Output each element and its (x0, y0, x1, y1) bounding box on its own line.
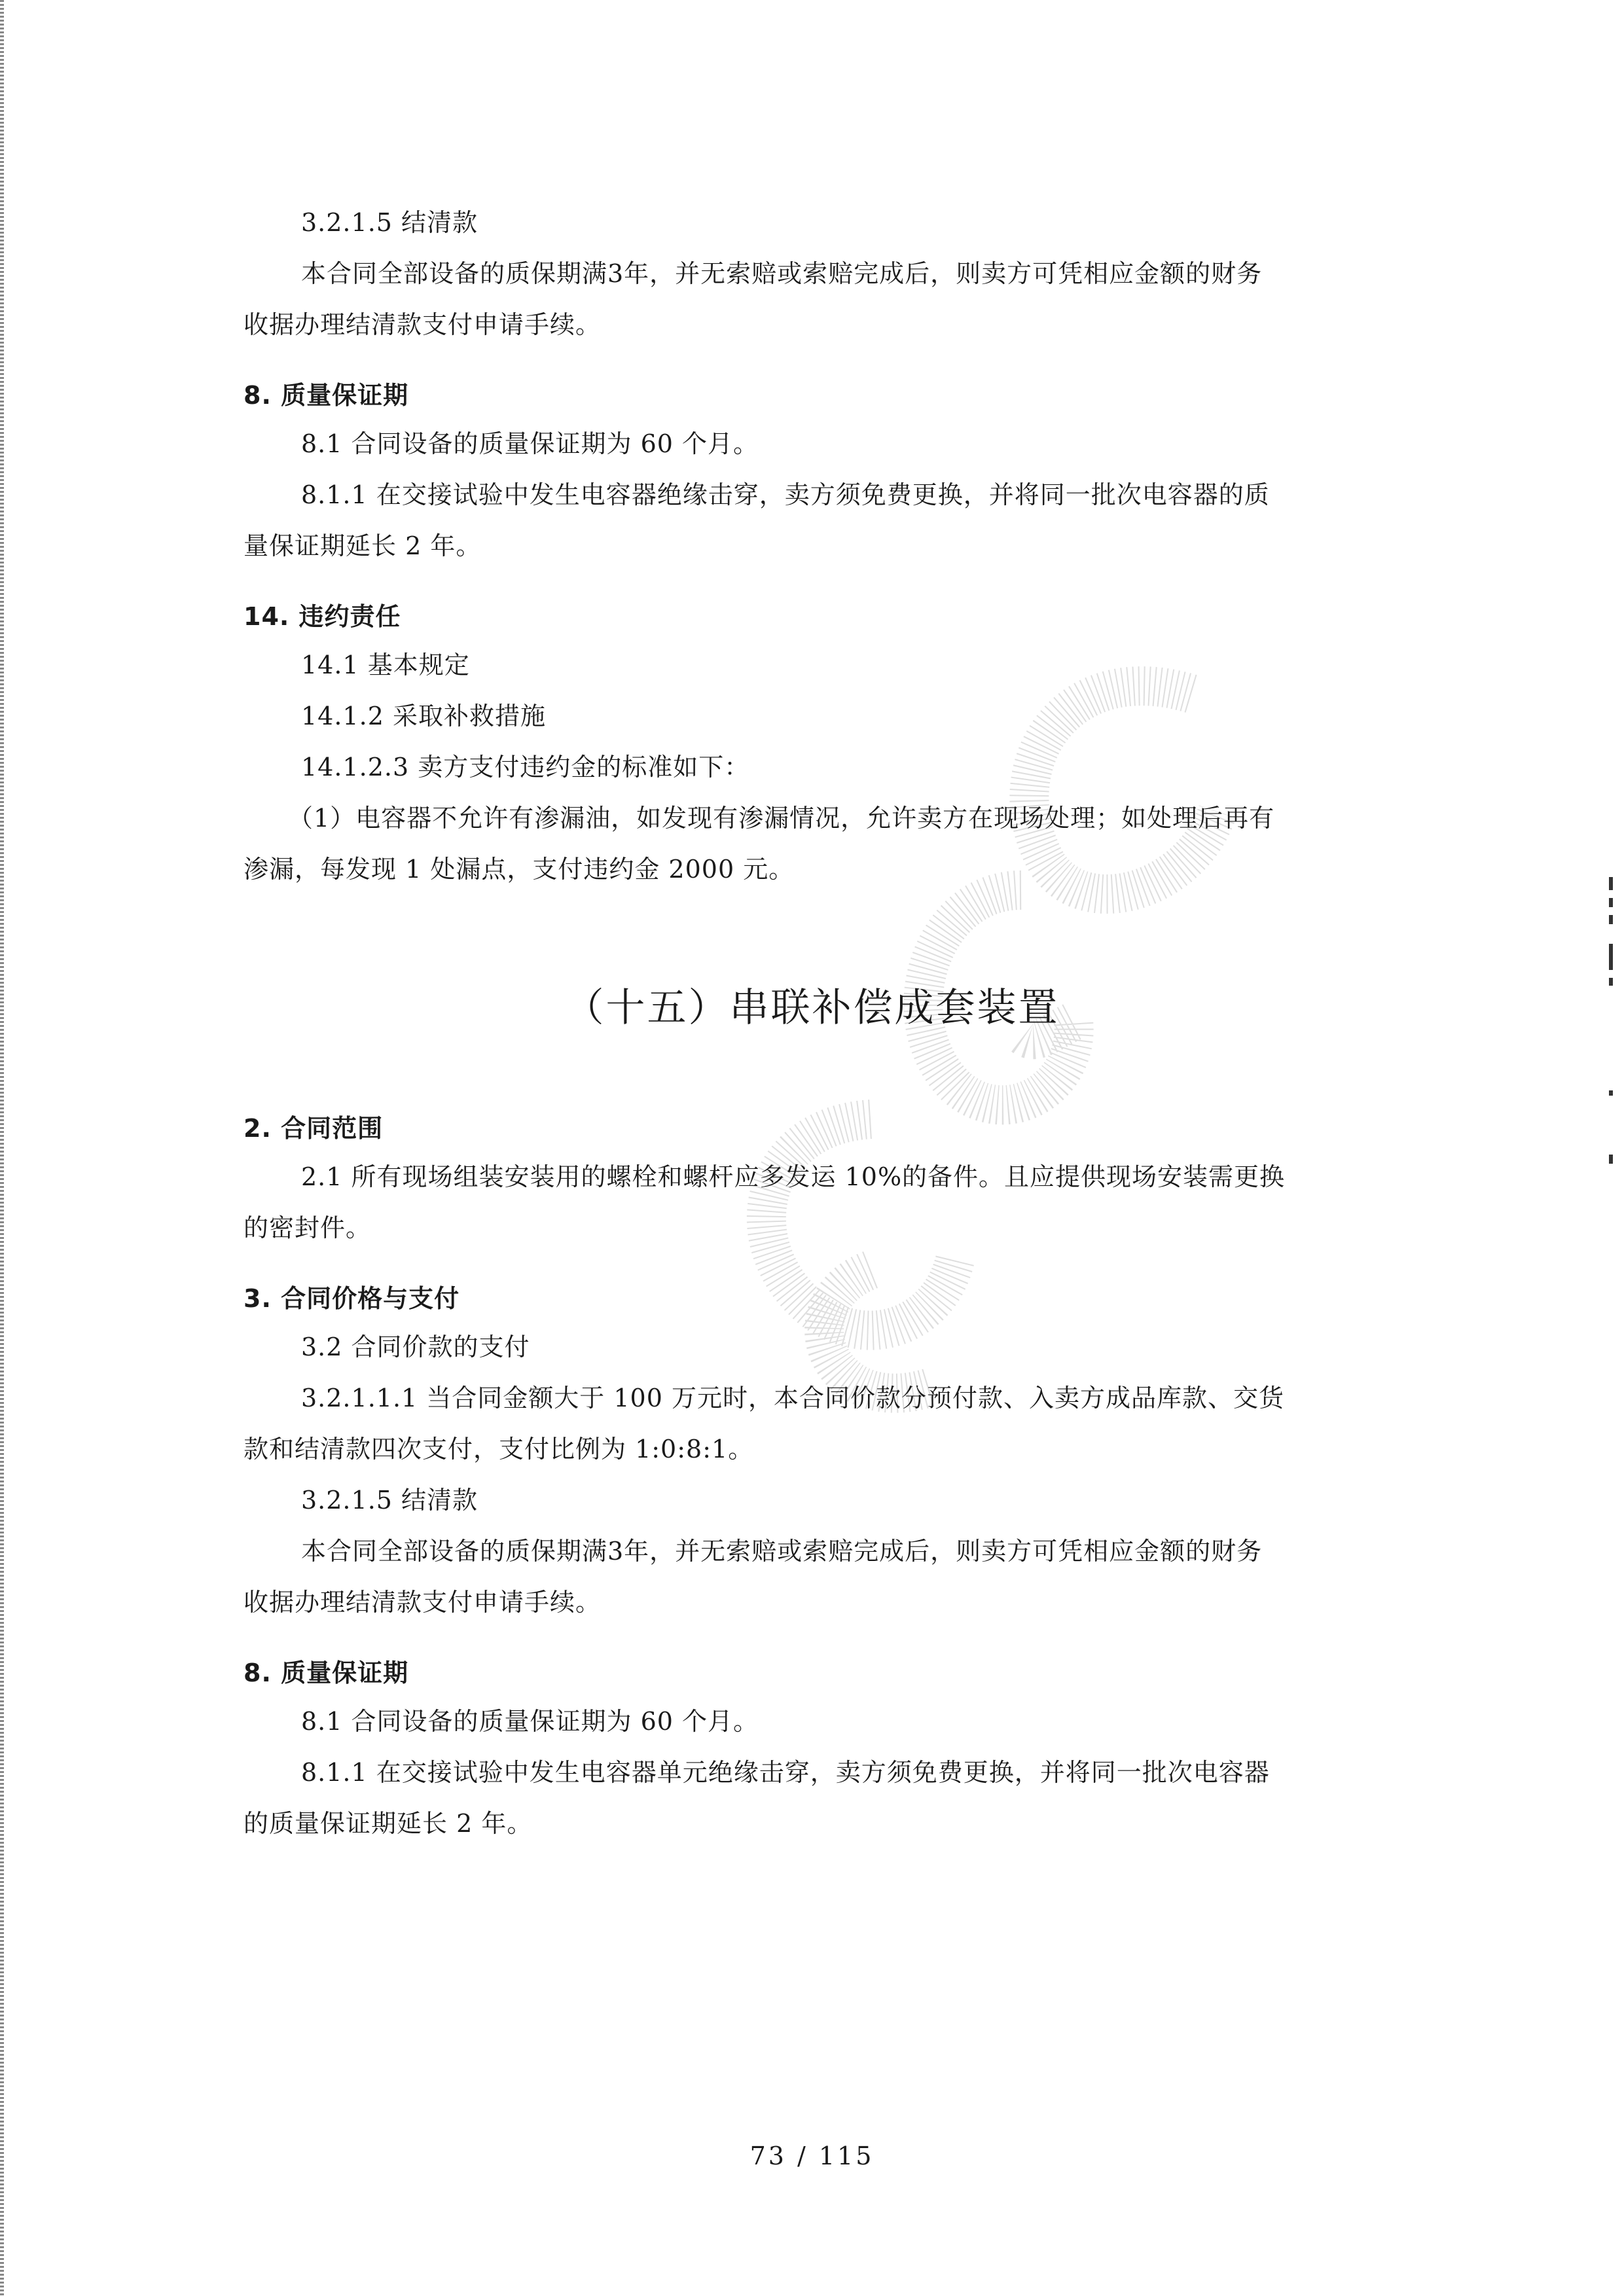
clause-2-1-line2: 的密封件。 (244, 1212, 371, 1244)
clause-8-1-1-b-line2: 的质量保证期延长 2 年。 (244, 1808, 532, 1839)
clause-3-2-1-5-heading: 3.2.1.5 结清款 (301, 207, 478, 238)
clause-14-1-2: 14.1.2 采取补救措施 (301, 700, 546, 732)
section-3-heading: 3. 合同价格与支付 (244, 1283, 460, 1314)
clause-8-1: 8.1 合同设备的质量保证期为 60 个月。 (301, 428, 759, 459)
settlement-paragraph-b-line1: 本合同全部设备的质保期满3年，并无索赔或索赔完成后，则卖方可凭相应金额的财务 (301, 1535, 1262, 1567)
section-14-heading: 14. 违约责任 (244, 601, 401, 632)
clause-3-2: 3.2 合同价款的支付 (301, 1331, 530, 1363)
section-2-heading: 2. 合同范围 (244, 1113, 383, 1144)
clause-8-1-b: 8.1 合同设备的质量保证期为 60 个月。 (301, 1706, 759, 1737)
settlement-paragraph-line2: 收据办理结清款支付申请手续。 (244, 309, 601, 340)
clause-3-2-1-1-1-line1: 3.2.1.1.1 当合同金额大于 100 万元时，本合同价款分预付款、入卖方成… (301, 1382, 1284, 1414)
penalty-item-1-line1: （1）电容器不允许有渗漏油，如发现有渗漏情况，允许卖方在现场处理；如处理后再有 (288, 802, 1274, 834)
clause-14-1: 14.1 基本规定 (301, 649, 470, 681)
clause-8-1-1-line2: 量保证期延长 2 年。 (244, 530, 481, 562)
section-8-heading: 8. 质量保证期 (244, 380, 408, 411)
section-8-heading-b: 8. 质量保证期 (244, 1657, 408, 1689)
settlement-paragraph-line1: 本合同全部设备的质保期满3年，并无索赔或索赔完成后，则卖方可凭相应金额的财务 (301, 258, 1262, 289)
penalty-item-1-line2: 渗漏，每发现 1 处漏点，支付违约金 2000 元。 (244, 853, 794, 885)
clause-14-1-2-3: 14.1.2.3 卖方支付违约金的标准如下： (301, 751, 749, 783)
clause-3-2-1-5-heading-b: 3.2.1.5 结清款 (301, 1484, 478, 1516)
clause-8-1-1-line1: 8.1.1 在交接试验中发生电容器绝缘击穿，卖方须免费更换，并将同一批次电容器的… (301, 479, 1270, 511)
chapter-title: （十五）串联补偿成套装置 (0, 982, 1624, 1034)
settlement-paragraph-b-line2: 收据办理结清款支付申请手续。 (244, 1587, 601, 1618)
clause-3-2-1-1-1-line2: 款和结清款四次支付，支付比例为 1:0:8:1。 (244, 1433, 753, 1465)
clause-2-1-line1: 2.1 所有现场组装安装用的螺栓和螺杆应多发运 10%的备件。且应提供现场安装需… (301, 1161, 1285, 1193)
clause-8-1-1-b-line1: 8.1.1 在交接试验中发生电容器单元绝缘击穿，卖方须免费更换，并将同一批次电容… (301, 1757, 1270, 1788)
scan-edge (0, 0, 4, 2296)
page-number: 73 / 115 (0, 2142, 1624, 2170)
